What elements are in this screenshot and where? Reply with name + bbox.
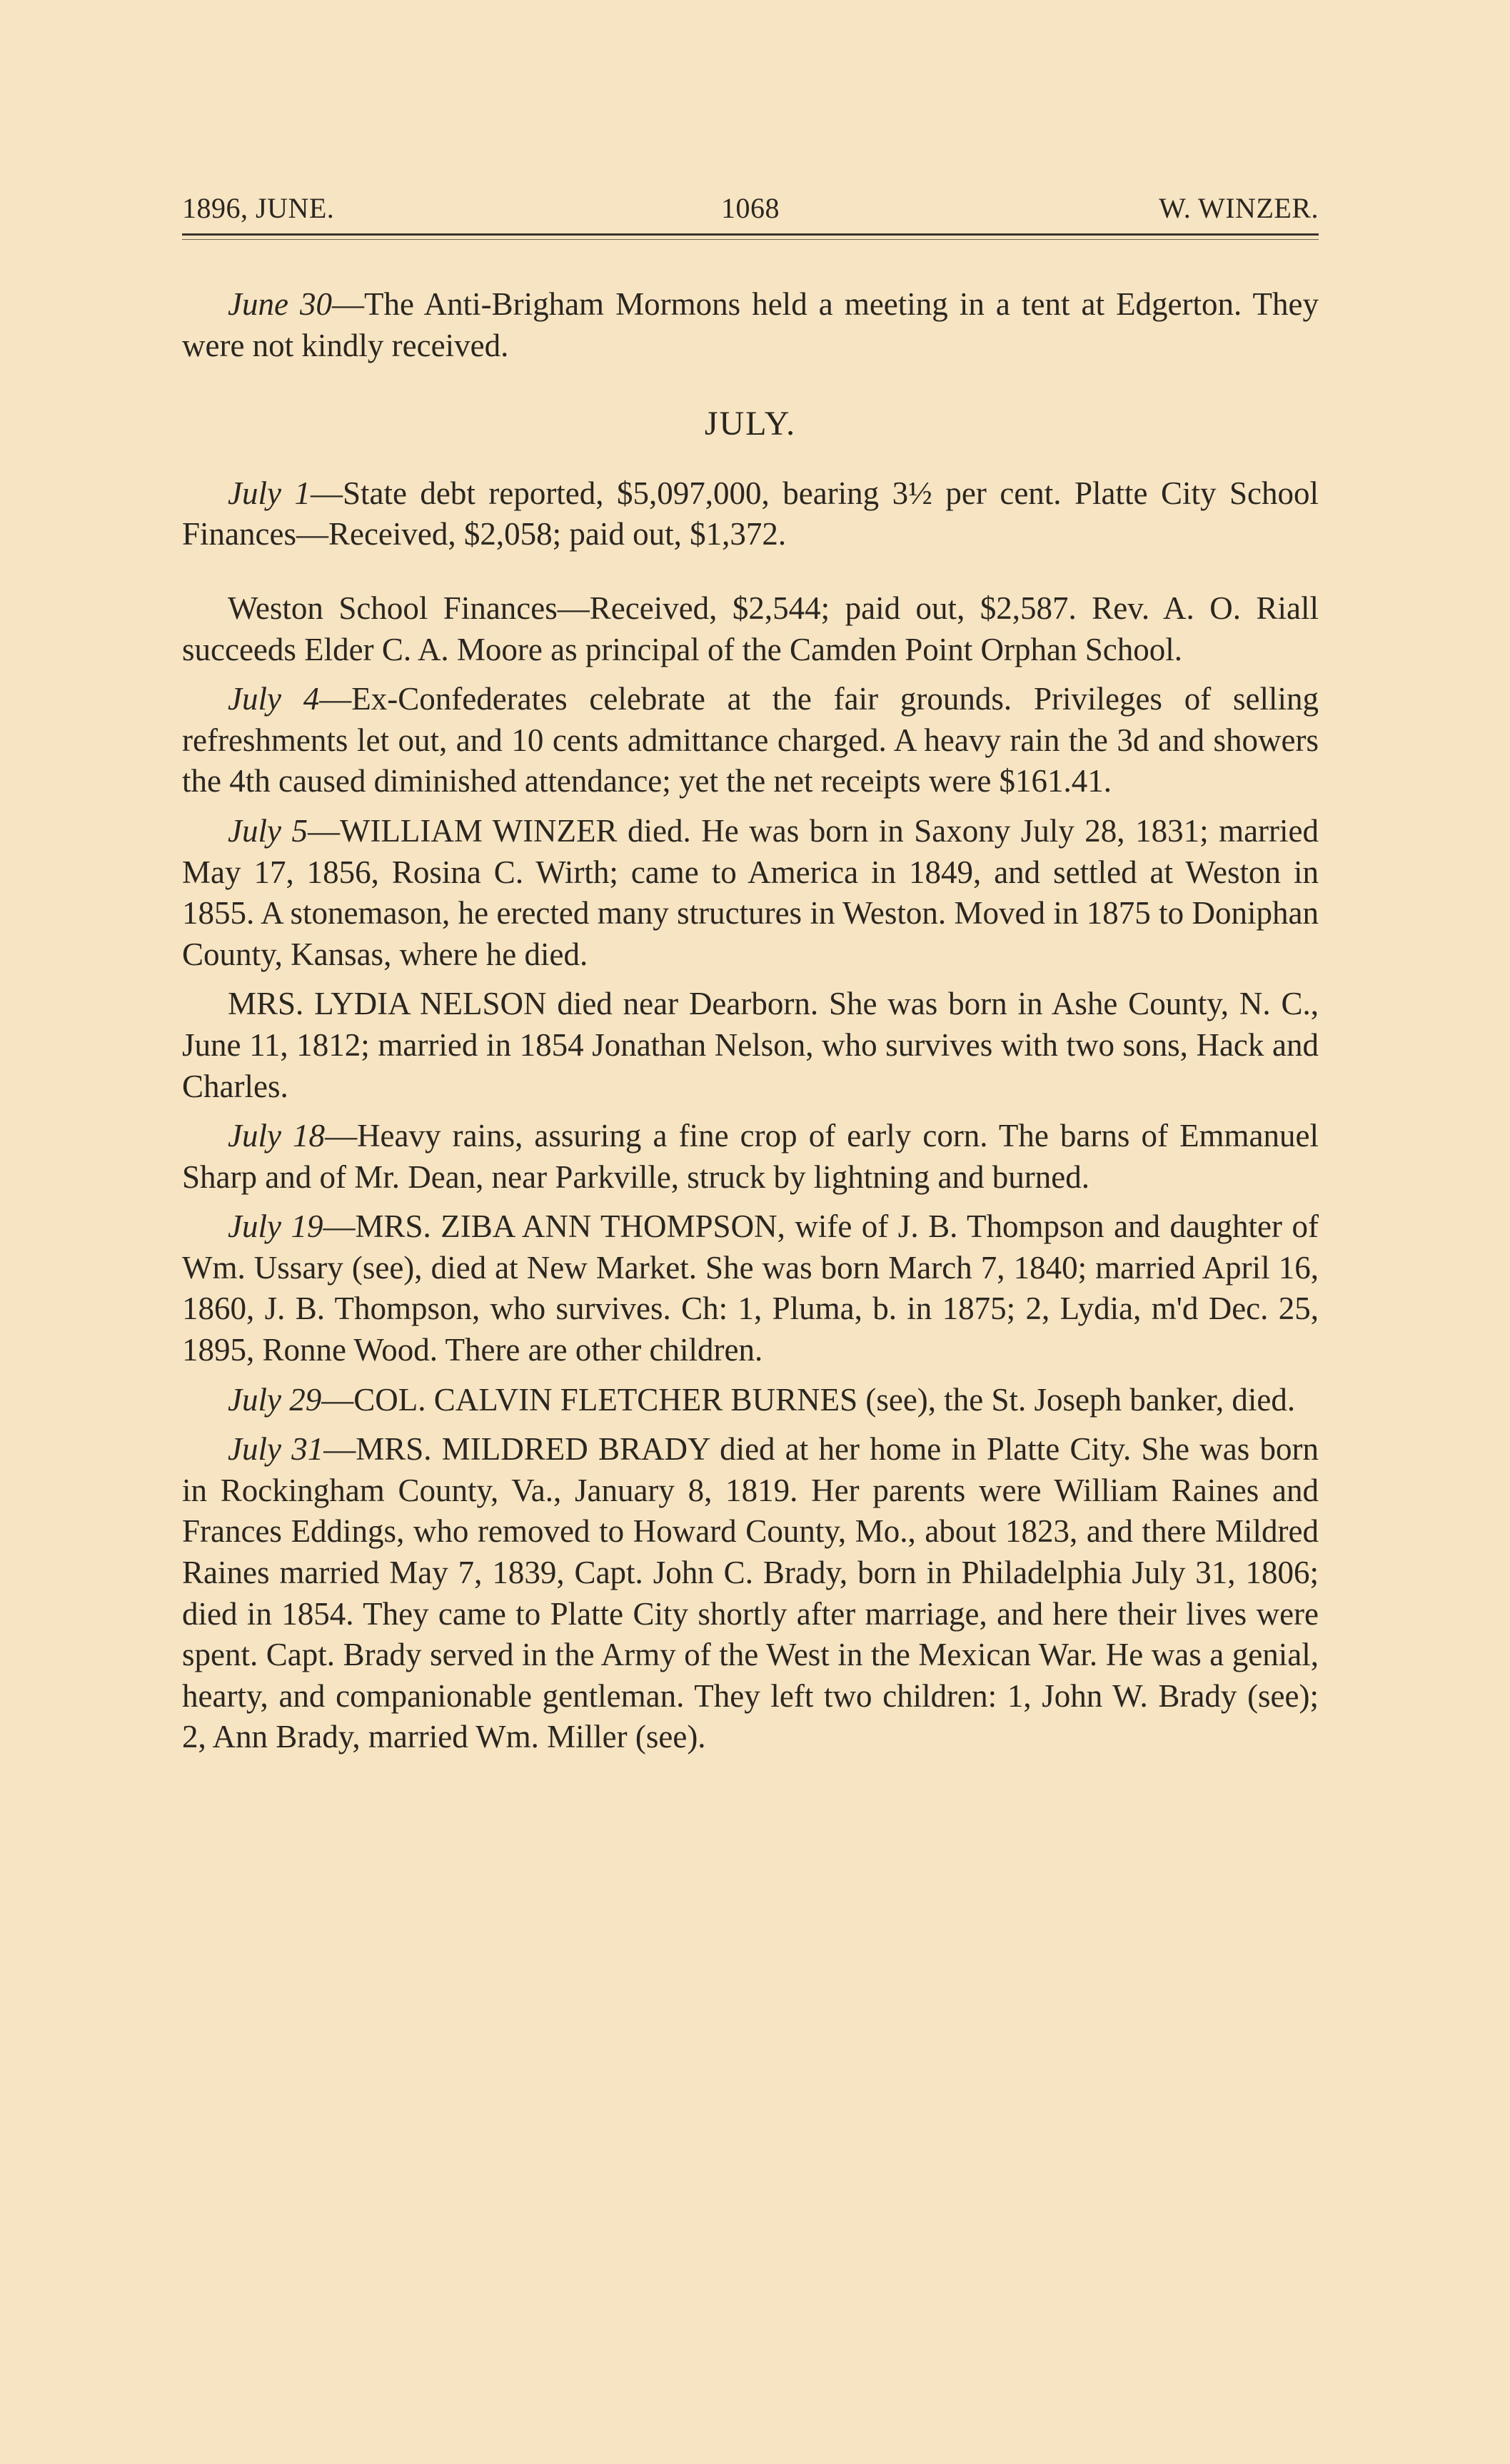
entry-lydia-nelson: MRS. LYDIA NELSON died near Dearborn. Sh… <box>182 984 1319 1107</box>
entry-text: —The Anti-Brigham Mormons held a meeting… <box>182 286 1319 363</box>
entry-date: July 31 <box>228 1431 323 1467</box>
entry-text: —WILLIAM WINZER died. He was born in Sax… <box>182 813 1319 972</box>
spacer <box>182 564 1319 588</box>
entry-date: July 18 <box>228 1118 325 1153</box>
entry-july-1: July 1—State debt reported, $5,097,000, … <box>182 473 1319 555</box>
entry-date: July 1 <box>228 475 311 511</box>
entry-date: July 4 <box>228 681 319 717</box>
entry-july-5: July 5—WILLIAM WINZER died. He was born … <box>182 811 1319 975</box>
running-head: 1896, JUNE. 1068 W. WINZER. <box>182 191 1319 227</box>
entry-text: —Heavy rains, assuring a fine crop of ea… <box>182 1118 1319 1195</box>
entry-date: July 29 <box>228 1382 321 1418</box>
entry-text: —State debt reported, $5,097,000, bearin… <box>182 475 1319 552</box>
entry-july-29: July 29—COL. CALVIN FLETCHER BURNES (see… <box>182 1380 1319 1421</box>
entry-text: —MRS. ZIBA ANN THOMPSON, wife of J. B. T… <box>182 1208 1319 1368</box>
entry-text: —COL. CALVIN FLETCHER BURNES (see), the … <box>321 1382 1295 1418</box>
entry-weston-finances: Weston School Finances—Received, $2,544;… <box>182 588 1319 670</box>
page-number: 1068 <box>182 191 1319 225</box>
entry-june-30: June 30—The Anti-Brigham Mormons held a … <box>182 284 1319 366</box>
entry-date: June 30 <box>228 286 332 322</box>
page-body: June 30—The Anti-Brigham Mormons held a … <box>182 284 1319 1767</box>
entry-text: —MRS. MILDRED BRADY died at her home in … <box>182 1431 1319 1754</box>
entry-july-19: July 19—MRS. ZIBA ANN THOMPSON, wife of … <box>182 1206 1319 1370</box>
month-heading: JULY. <box>182 403 1319 445</box>
entry-july-4: July 4—Ex-Confederates celebrate at the … <box>182 679 1319 802</box>
running-head-subject: W. WINZER. <box>1159 191 1319 225</box>
entry-date: July 5 <box>228 813 308 849</box>
header-rule <box>182 233 1319 240</box>
entry-july-18: July 18—Heavy rains, assuring a fine cro… <box>182 1116 1319 1198</box>
entry-text: —Ex-Confederates celebrate at the fair g… <box>182 681 1319 799</box>
entry-date: July 19 <box>228 1208 323 1244</box>
entry-july-31: July 31—MRS. MILDRED BRADY died at her h… <box>182 1429 1319 1758</box>
